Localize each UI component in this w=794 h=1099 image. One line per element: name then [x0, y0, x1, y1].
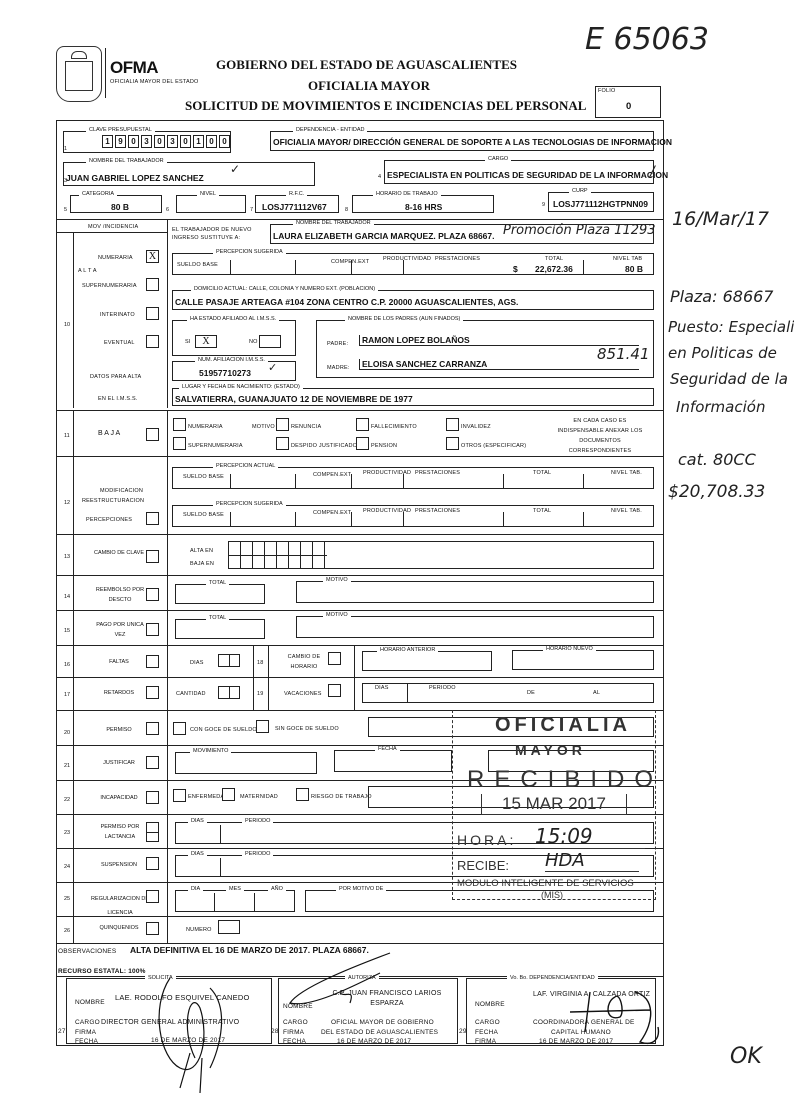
row-number-7: 7: [250, 207, 253, 213]
no-checkbox[interactable]: [259, 335, 281, 348]
domicilio-box[interactable]: DOMICILIO ACTUAL: CALLE, COLONIA Y NUMER…: [172, 290, 654, 310]
option-eventual-checkbox[interactable]: [146, 335, 159, 348]
sustituye-value: LAURA ELIZABETH GARCIA MARQUEZ. PLAZA 68…: [273, 231, 495, 241]
total-label: TOTAL: [206, 615, 229, 621]
stamp-module: MODULO INTELIGENTE DE SERVICIOS: [457, 878, 634, 889]
incapacidad-checkbox[interactable]: [146, 791, 159, 804]
reembolso-label: REEMBOLSO POR DESCTO: [95, 585, 145, 605]
categoria-box[interactable]: CATEGORIA 80 B: [70, 195, 162, 213]
margin-note-puesto-1: Puesto: Especialista: [668, 318, 794, 336]
regularizacion-checkbox[interactable]: [146, 890, 159, 903]
stamp-line3: RECIBIDO: [467, 766, 663, 794]
num-afiliacion-box[interactable]: NUM. AFILIACION I.M.S.S. 51957710273: [172, 361, 296, 381]
stamp-date: 15 MAR 2017: [481, 794, 627, 815]
baja-en-label: BAJA EN: [190, 561, 214, 567]
col-compen: COMPEN.EXT: [313, 472, 351, 478]
sustituye-label: NOMBRE DEL TRABAJADOR: [293, 220, 374, 226]
logo-subtext: OFICIALIA MAYOR DEL ESTADO: [110, 79, 199, 85]
fecha-label: FECHA: [283, 1038, 306, 1045]
row-number-23: 23: [64, 830, 70, 836]
nivel-tab-value: 80 B: [625, 264, 643, 274]
pago-unica-vez-label: PAGO POR UNICA VEZ: [95, 620, 145, 640]
sustituye-handwritten: Promoción Plaza 11293: [503, 223, 656, 238]
clave-digit[interactable]: 0: [154, 135, 165, 148]
row-number-8: 8: [345, 207, 348, 213]
baja-checkbox[interactable]: [146, 428, 159, 441]
row-number-17: 17: [64, 692, 70, 698]
horario-label: HORARIO DE TRABAJO: [373, 191, 441, 197]
margin-note-amount: $20,708.33: [668, 482, 765, 502]
alta-label: A L T A: [78, 268, 97, 274]
mes-label: MES: [226, 886, 244, 892]
percepciones-checkbox[interactable]: [146, 512, 159, 525]
baja-label: B A J A: [98, 430, 120, 437]
col-nivel-tab: NIVEL TAB.: [611, 508, 642, 514]
firma-label: FIRMA: [283, 1029, 304, 1036]
quinquenios-checkbox[interactable]: [146, 922, 159, 935]
signature-number-28: 28: [271, 1028, 279, 1035]
dias-label: DIAS: [190, 660, 204, 666]
header-title-form: SOLICITUD DE MOVIMIENTOS E INCIDENCIAS D…: [185, 98, 586, 114]
margin-note-ok: OK: [730, 1044, 762, 1069]
state-seal-logo: [56, 46, 102, 102]
rfc-box[interactable]: R.F.C. LOSJ771112V67: [255, 195, 339, 213]
domicilio-value: CALLE PASAJE ARTEAGA #104 ZONA CENTRO C.…: [175, 297, 518, 307]
padres-label: NOMBRE DE LOS PADRES (AUN FINADOS): [345, 316, 463, 322]
clave-digit[interactable]: 0: [219, 135, 230, 148]
cargo-value: ESPECIALISTA EN POLITICAS DE SEGURIDAD D…: [387, 170, 668, 180]
clave-digit[interactable]: 3: [141, 135, 152, 148]
dependencia-label: DEPENDENCIA - ENTIDAD: [293, 127, 367, 133]
horario-value: 8-16 HRS: [405, 202, 442, 212]
con-goce-label: CON GOCE DE SUELDO: [190, 727, 257, 733]
autoriza-cargo-2: DEL ESTADO DE AGUASCALIENTES: [321, 1029, 438, 1036]
perc-col-productividad: PRODUCTIVIDAD: [383, 256, 431, 262]
cargo-box[interactable]: CARGO ESPECIALISTA EN POLITICAS DE SEGUR…: [384, 160, 654, 184]
suspension-checkbox[interactable]: [146, 857, 159, 870]
baja-despido-checkbox[interactable]: [276, 437, 289, 450]
col-prestaciones: PRESTACIONES: [415, 470, 460, 476]
signature-number-27: 27: [58, 1028, 66, 1035]
fecha-box[interactable]: FECHA: [334, 750, 452, 772]
justificar-checkbox[interactable]: [146, 756, 159, 769]
option-supernumeraria-label: SUPERNUMERARIA: [82, 283, 137, 289]
nombre-trabajador-box[interactable]: NOMBRE DEL TRABAJADOR JUAN GABRIEL LOPEZ…: [63, 162, 315, 186]
clave-digit[interactable]: 0: [128, 135, 139, 148]
clave-digit[interactable]: 1: [102, 135, 113, 148]
option-eventual-label: EVENTUAL: [104, 340, 135, 346]
margin-note-cat: cat. 80CC: [678, 450, 756, 469]
cambio-clave-checkbox[interactable]: [146, 550, 159, 563]
autoriza-fecha: 16 DE MARZO DE 2017: [337, 1038, 411, 1045]
permiso-checkbox[interactable]: [146, 722, 159, 735]
row-number-9: 9: [542, 202, 545, 208]
header-title-government: GOBIERNO DEL ESTADO DE AGUASCALIENTES: [216, 57, 517, 73]
regularizacion-fecha-box[interactable]: DIA MES AÑO: [175, 890, 295, 912]
nombre-label: NOMBRE: [75, 999, 105, 1006]
clave-digits: 1 9 0 3 0 3 0 1 0 0: [100, 135, 230, 148]
faltas-checkbox[interactable]: [146, 655, 159, 668]
maternidad-checkbox[interactable]: [222, 788, 235, 801]
baja-pension-checkbox[interactable]: [356, 437, 369, 450]
dia-label: DIA: [188, 886, 203, 892]
col-sueldo: SUELDO BASE: [183, 512, 224, 518]
row-number-12: 12: [64, 500, 70, 506]
signature-scribble-vobo: [560, 982, 670, 1052]
riesgo-checkbox[interactable]: [296, 788, 309, 801]
signature-scribble-autoriza: [280, 948, 420, 1018]
nacimiento-label: LUGAR Y FECHA DE NACIMIENTO: (ESTADO): [179, 384, 303, 390]
al-label: AL: [593, 690, 600, 696]
anio-label: AÑO: [268, 886, 286, 892]
total-value: 22,672.36: [535, 264, 573, 274]
row-number-15: 15: [64, 628, 70, 634]
percepciones-label: PERCEPCIONES: [86, 517, 132, 523]
num-afiliacion-value: 51957710273: [199, 368, 251, 378]
baja-numeraria-checkbox[interactable]: [173, 418, 186, 431]
con-goce-checkbox[interactable]: [173, 722, 186, 735]
curp-box[interactable]: CURP LOSJ771112HGTPNN09: [548, 192, 654, 212]
option-interinato-checkbox[interactable]: [146, 307, 159, 320]
rfc-value: LOSJ771112V67: [262, 202, 327, 212]
row-number-19: 19: [257, 691, 264, 697]
perc-col-nivel-tab: NIVEL TAB: [613, 256, 642, 262]
baja-otros-checkbox[interactable]: [446, 437, 459, 450]
check-mark-icon: ✓: [230, 162, 240, 176]
firma-label: FIRMA: [75, 1029, 96, 1036]
baja-fallecimiento-label: FALLECIMIENTO: [371, 424, 417, 430]
categoria-value: 80 B: [111, 202, 129, 212]
folio-label: FOLIO: [598, 88, 616, 94]
row-number-13: 13: [64, 554, 70, 560]
baja-otros-label: OTROS (ESPECIFICAR): [461, 443, 526, 449]
observaciones-label: OBSERVACIONES: [58, 948, 116, 955]
vacaciones-box[interactable]: DIAS PERIODO DE AL: [362, 683, 654, 703]
cargo-label: CARGO: [75, 1019, 100, 1026]
row-number-4: 4: [378, 174, 381, 180]
row-number-22: 22: [64, 797, 70, 803]
horario-box[interactable]: HORARIO DE TRABAJO 8-16 HRS: [352, 195, 494, 213]
alta-en-label: ALTA EN: [190, 548, 213, 554]
option-interinato-label: INTERINATO: [100, 312, 135, 318]
clave-digit[interactable]: 0: [180, 135, 191, 148]
enfermedad-checkbox[interactable]: [173, 789, 186, 802]
riesgo-label: RIESGO DE TRABAJO: [311, 794, 372, 800]
baja-invalidez-checkbox[interactable]: [446, 418, 459, 431]
stamp-hora-label: HORA:: [457, 832, 516, 848]
option-numeraria-label: NUMERARIA: [98, 255, 133, 261]
fecha-label: FECHA: [375, 746, 400, 752]
col-total: TOTAL: [533, 508, 551, 514]
dias-label: DIAS: [375, 685, 389, 691]
stamp-module-abbr: (MIS): [541, 890, 563, 900]
mov-incidencia-header: MOV /INCIDENCIA: [88, 224, 138, 230]
percepcion-actual-label: PERCEPCION ACTUAL: [213, 463, 278, 469]
lactancia-label: PERMISO POR LACTANCIA: [95, 822, 145, 842]
baja-supernumeraria-label: SUPERNUMERARIA: [188, 443, 243, 449]
maternidad-label: MATERNIDAD: [240, 794, 278, 800]
row-number-21: 21: [64, 763, 70, 769]
percepcion-label: PERCEPCION SUGERIDA: [213, 249, 286, 255]
ingreso-label: EL TRABAJADOR DE NUEVO INGRESO SUSTITUYE…: [172, 226, 262, 242]
clave-digit[interactable]: 0: [206, 135, 217, 148]
stamp-recibe-value: HDA: [545, 850, 639, 872]
horario-anterior-box[interactable]: HORARIO ANTERIOR: [362, 651, 492, 671]
row-number-18: 18: [257, 660, 264, 666]
nombre-label: NOMBRE: [475, 1001, 505, 1008]
perc-col-total: TOTAL: [545, 256, 563, 262]
cambio-horario-checkbox[interactable]: [328, 652, 341, 665]
pago-motivo-box[interactable]: MOTIVO: [296, 616, 654, 638]
check-mark-icon: /: [650, 164, 655, 180]
reembolso-motivo-box[interactable]: MOTIVO: [296, 581, 654, 603]
afiliado-label: HA ESTADO AFILIADO AL I.M.S.S.: [187, 316, 279, 322]
motivo-label: MOTIVO: [323, 612, 351, 618]
recurso-label: RECURSO ESTATAL: 100%: [58, 968, 146, 975]
sin-goce-checkbox[interactable]: [256, 720, 269, 733]
baja-renuncia-checkbox[interactable]: [276, 418, 289, 431]
dependencia-box[interactable]: DEPENDENCIA - ENTIDAD OFICIALIA MAYOR/ D…: [270, 131, 654, 151]
percepcion-actual-box[interactable]: PERCEPCION ACTUAL SUELDO BASE COMPEN.EXT…: [172, 467, 654, 489]
clave-label: CLAVE PRESUPUESTAL: [86, 127, 155, 133]
cambio-clave-grid[interactable]: [228, 541, 654, 569]
dias-label: DIAS: [188, 851, 207, 857]
curp-label: CURP: [569, 188, 591, 194]
motivo-label: MOTIVO: [323, 577, 351, 583]
row-number-11: 11: [64, 433, 70, 439]
percepcion-sugerida-box[interactable]: PERCEPCION SUGERIDA SUELDO BASE COMPEN.E…: [172, 253, 654, 275]
motivo-label: MOTIVO: [252, 424, 275, 430]
por-motivo-label: POR MOTIVO DE: [336, 886, 386, 892]
margin-note-puesto-4: Información: [676, 398, 765, 416]
nivel-box[interactable]: NIVEL: [176, 195, 246, 213]
clave-digit[interactable]: 1: [193, 135, 204, 148]
categoria-label: CATEGORIA: [79, 191, 117, 197]
handwritten-id: E 65063: [585, 22, 709, 57]
margin-note-plaza: Plaza: 68667: [670, 287, 773, 306]
faltas-dias-box[interactable]: [218, 654, 240, 667]
reembolso-checkbox[interactable]: [146, 588, 159, 601]
cantidad-label: CANTIDAD: [176, 691, 206, 697]
baja-numeraria-label: NUMERARIA: [188, 424, 223, 430]
margin-note-puesto-2: en Politicas de: [668, 344, 777, 362]
percepcion-sugerida-mod-box[interactable]: PERCEPCION SUGERIDA SUELDO BASE COMPEN.E…: [172, 505, 654, 527]
col-total: TOTAL: [533, 470, 551, 476]
baja-invalidez-label: INVALIDEZ: [461, 424, 491, 430]
row-number-14: 14: [64, 594, 70, 600]
check-mark-icon: ✓: [268, 361, 277, 374]
option-supernumeraria-checkbox[interactable]: [146, 278, 159, 291]
quinquenios-numero-box[interactable]: [218, 920, 240, 934]
col-nivel-tab: NIVEL TAB.: [611, 470, 642, 476]
pago-total-box[interactable]: TOTAL: [175, 619, 265, 639]
pago-unica-vez-checkbox[interactable]: [146, 623, 159, 636]
curp-value: LOSJ771112HGTPNN09: [553, 199, 648, 209]
col-prestaciones: PRESTACIONES: [415, 508, 460, 514]
cargo-label: CARGO: [475, 1019, 500, 1026]
cargo-label: CARGO: [283, 1019, 308, 1026]
baja-fallecimiento-checkbox[interactable]: [356, 418, 369, 431]
vacaciones-label: VACACIONES: [284, 691, 322, 697]
nivel-label: NIVEL: [197, 191, 219, 197]
clave-digit[interactable]: 9: [115, 135, 126, 148]
cargo-label: CARGO: [485, 156, 511, 162]
si-label: SI: [185, 339, 191, 345]
row-number-6: 6: [166, 207, 169, 213]
periodo-label: PERIODO: [242, 818, 273, 824]
vobo-title: Vo. Bo. DEPENDENCIA/ENTIDAD: [507, 975, 598, 981]
dias-label: DIAS: [188, 818, 207, 824]
padre-label: PADRE:: [327, 341, 348, 347]
clave-digit[interactable]: 3: [167, 135, 178, 148]
stamp-hora-value: 15:09: [535, 824, 645, 849]
logo-text: OFMA: [110, 58, 158, 78]
total-label: TOTAL: [206, 580, 229, 586]
nombre-label: NOMBRE DEL TRABAJADOR: [86, 158, 167, 164]
periodo-label: PERIODO: [429, 685, 456, 691]
header-title-oficialia: OFICIALIA MAYOR: [308, 78, 430, 94]
col-compen: COMPEN.EXT: [313, 510, 351, 516]
sustituye-box[interactable]: NOMBRE DEL TRABAJADOR LAURA ELIZABETH GA…: [270, 224, 654, 244]
num-afiliacion-label: NUM. AFILIACION I.M.S.S.: [195, 357, 268, 363]
madre-handwritten: 851.41: [597, 345, 650, 363]
no-label: NO: [249, 339, 258, 345]
horario-anterior-label: HORARIO ANTERIOR: [377, 647, 438, 653]
horario-nuevo-box[interactable]: HORARIO NUEVO: [512, 650, 654, 670]
cambio-horario-label: CAMBIO DE HORARIO: [284, 652, 324, 672]
numero-label: NUMERO: [186, 927, 212, 933]
fecha-label: FECHA: [75, 1038, 98, 1045]
sin-goce-label: SIN GOCE DE SUELDO: [275, 726, 339, 732]
datos-alta-label: DATOS PARA ALTA: [90, 374, 141, 380]
folio-value: 0: [626, 101, 631, 112]
stamp-line2: MAYOR: [515, 742, 586, 758]
stamp-recibe-label: RECIBE:: [457, 858, 509, 873]
domicilio-label: DOMICILIO ACTUAL: CALLE, COLONIA Y NUMER…: [191, 286, 378, 292]
row-number-20: 20: [64, 730, 70, 736]
lactancia-checkbox[interactable]: [146, 822, 159, 842]
datos-imss-label: EN EL I.M.S.S.: [98, 396, 138, 402]
movimiento-label: MOVIMIENTO: [190, 748, 231, 754]
padres-box: NOMBRE DE LOS PADRES (AUN FINADOS) PADRE…: [316, 320, 654, 378]
baja-supernumeraria-checkbox[interactable]: [173, 437, 186, 450]
folio-box: FOLIO 0: [595, 86, 661, 118]
madre-label: MADRE:: [327, 365, 350, 371]
periodo-label: PERIODO: [242, 851, 273, 857]
col-sueldo: SUELDO BASE: [183, 474, 224, 480]
baja-despido-label: DESPIDO JUSTIFICADO: [291, 443, 357, 449]
signature-scribble-solicita: [140, 968, 250, 1098]
margin-note-puesto-3: Seguridad de la: [670, 370, 788, 388]
received-stamp: OFICIALIA MAYOR RECIBIDO 15 MAR 2017 HOR…: [452, 710, 656, 900]
movimiento-box[interactable]: MOVIMIENTO: [175, 752, 317, 774]
firma-label: FIRMA: [475, 1038, 496, 1045]
signature-number-29: 29: [459, 1028, 467, 1035]
horario-nuevo-label: HORARIO NUEVO: [543, 646, 596, 652]
afiliado-box: HA ESTADO AFILIADO AL I.M.S.S. SI X NO: [172, 320, 296, 356]
option-numeraria-checkbox[interactable]: X: [146, 250, 159, 263]
nombre-value: JUAN GABRIEL LOPEZ SANCHEZ: [66, 173, 204, 183]
retardos-cantidad-box[interactable]: [218, 686, 240, 699]
total-currency: $: [513, 264, 518, 274]
dependencia-value: OFICIALIA MAYOR/ DIRECCIÓN GENERAL DE SO…: [273, 137, 672, 147]
row-number-26: 26: [64, 928, 70, 934]
retardos-checkbox[interactable]: [146, 686, 159, 699]
fecha-label: FECHA: [475, 1029, 498, 1036]
vacaciones-checkbox[interactable]: [328, 684, 341, 697]
reestructuracion-label: REESTRUCTURACION: [82, 498, 144, 504]
baja-renuncia-label: RENUNCIA: [291, 424, 321, 430]
row-number-5: 5: [64, 207, 67, 213]
row-number-10: 10: [64, 322, 70, 328]
margin-note-date: 16/Mar/17: [672, 208, 769, 230]
nacimiento-box[interactable]: LUGAR Y FECHA DE NACIMIENTO: (ESTADO) SA…: [172, 388, 654, 406]
logo-divider: [105, 48, 106, 98]
row-number-16: 16: [64, 662, 70, 668]
perc-col-prestaciones: PRESTACIONES: [435, 256, 480, 262]
percepcion-sugerida-label: PERCEPCION SUGERIDA: [213, 501, 286, 507]
stamp-line1: OFICIALIA: [495, 714, 631, 737]
nacimiento-value: SALVATIERRA, GUANAJUATO 12 DE NOVIEMBRE …: [175, 394, 413, 404]
row-number-25: 25: [64, 896, 70, 902]
perc-col-sueldo: SUELDO BASE: [177, 262, 218, 268]
baja-note: EN CADA CASO ES INDISPENSABLE ANEXAR LOS…: [550, 416, 650, 456]
rfc-label: R.F.C.: [286, 191, 307, 197]
row-number-24: 24: [64, 864, 70, 870]
baja-pension-label: PENSION: [371, 443, 397, 449]
reembolso-total-box[interactable]: TOTAL: [175, 584, 265, 604]
modificacion-label: MODIFICACION: [100, 488, 143, 494]
de-label: DE: [527, 690, 535, 696]
autoriza-cargo: OFICIAL MAYOR DE GOBIERNO: [331, 1019, 434, 1026]
si-checkbox[interactable]: X: [195, 335, 217, 348]
